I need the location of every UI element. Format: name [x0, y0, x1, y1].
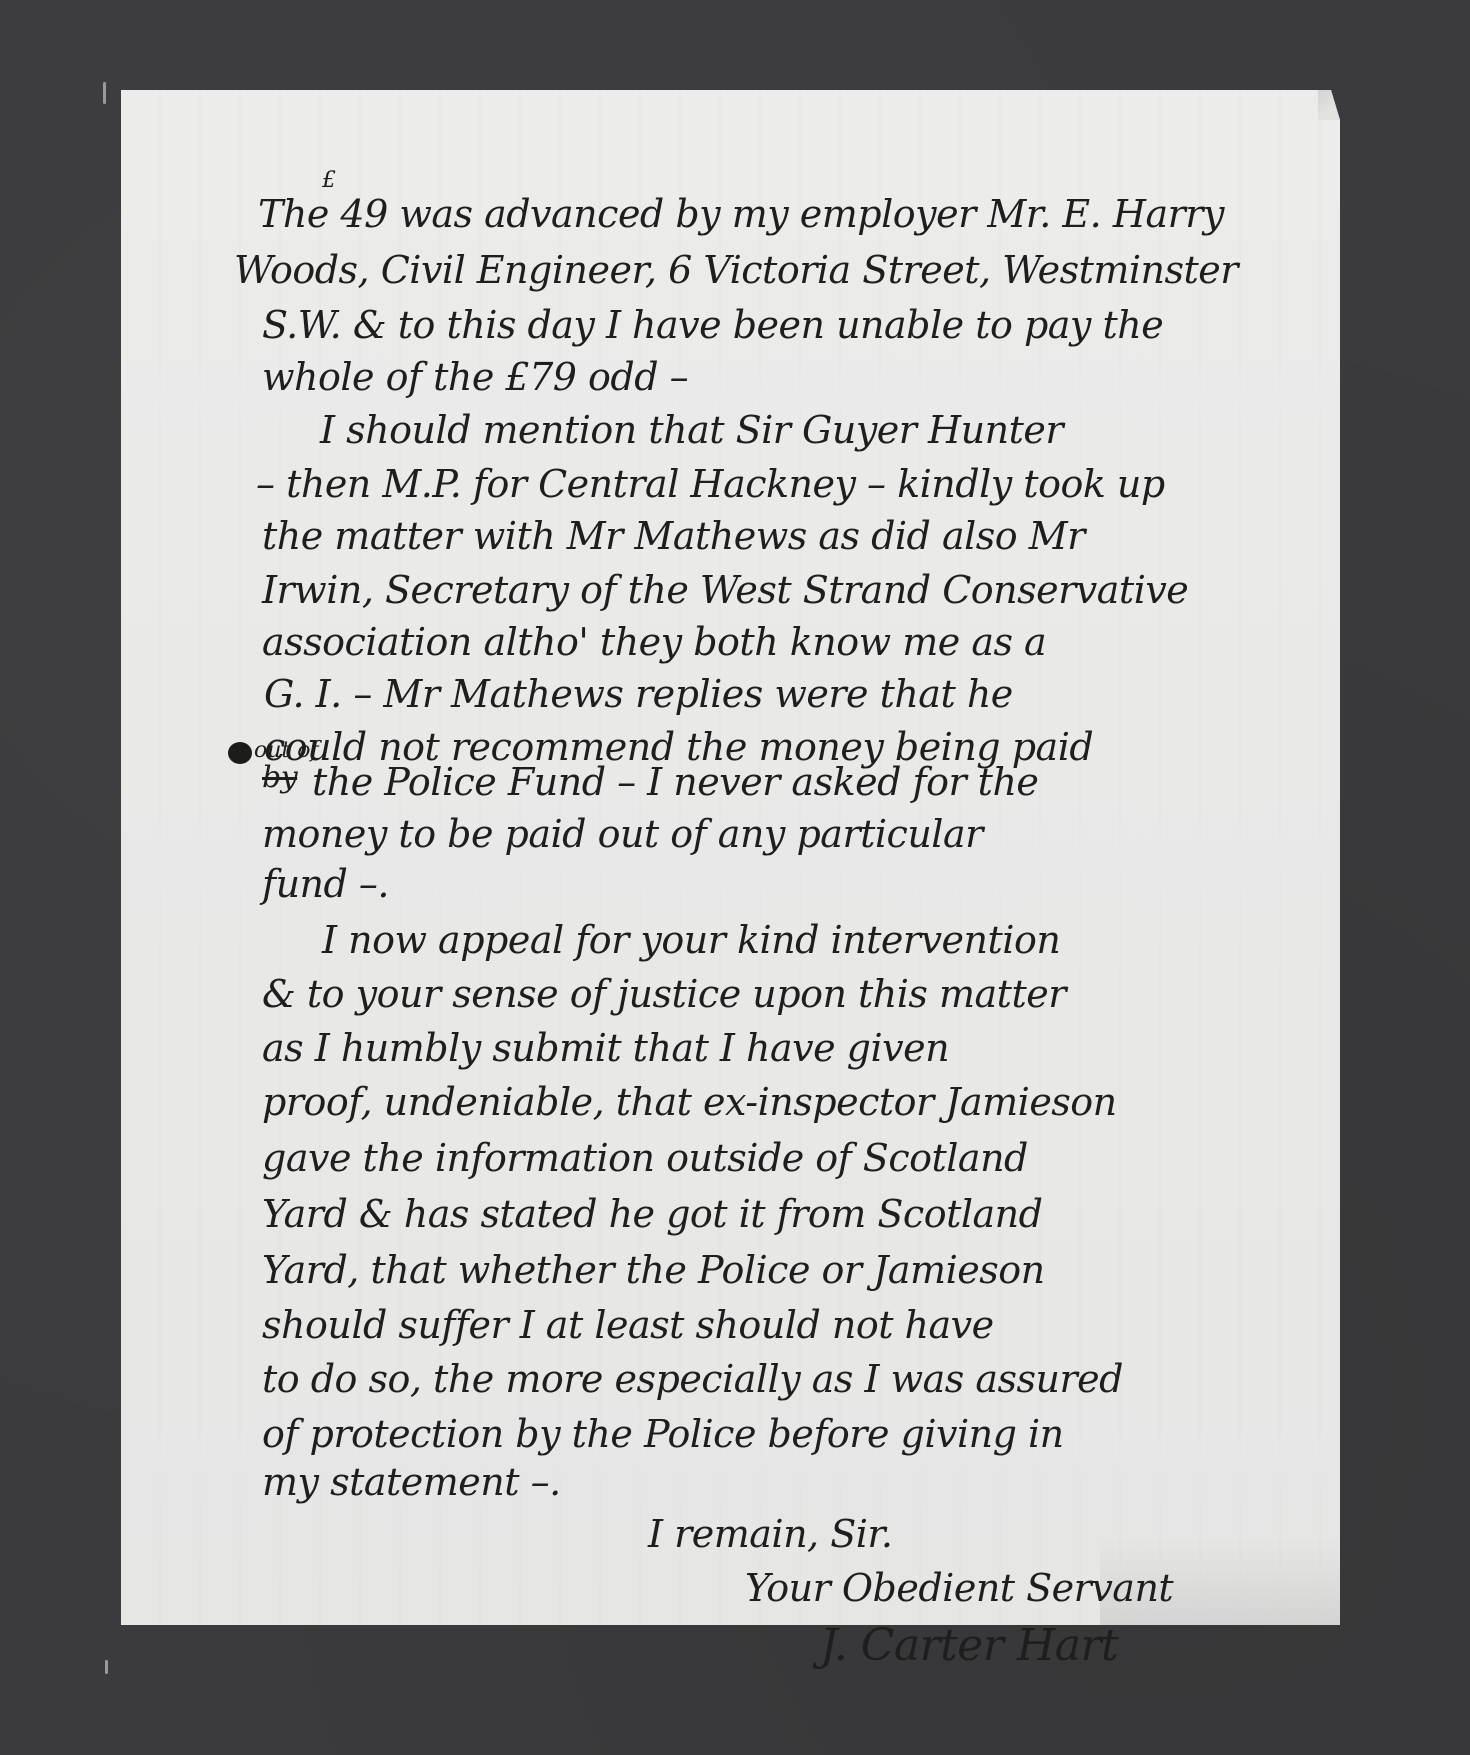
letter-line-9: association altho' they both know me as … [262, 620, 1046, 664]
letter-line-19: gave the information outside of Scotland [262, 1136, 1028, 1180]
letter-line-3: S.W. & to this day I have been unable to… [262, 303, 1163, 347]
letter-line-18: proof, undeniable, that ex-inspector Jam… [262, 1080, 1117, 1124]
signature: J. Carter Hart [820, 1620, 1118, 1671]
valediction: I remain, Sir. [648, 1512, 892, 1556]
struck-word: by [262, 760, 297, 795]
letter-line-25: my statement –. [262, 1460, 561, 1504]
letter-line-22: should suffer I at least should not have [262, 1303, 994, 1347]
letter-line-20: Yard & has stated he got it from Scotlan… [262, 1192, 1042, 1236]
letter-line-10: G. I. – Mr Mathews replies were that he [264, 672, 1013, 716]
letter-body: £ The 49 was advanced by my employer Mr.… [0, 0, 1470, 1755]
letter-line-14: fund –. [262, 862, 389, 906]
letter-line-17: as I humbly submit that I have given [262, 1026, 949, 1070]
letter-line-1: The 49 was advanced by my employer Mr. E… [258, 192, 1224, 236]
letter-line-5: I should mention that Sir Guyer Hunter [320, 408, 1063, 452]
letter-line-7: the matter with Mr Mathews as did also M… [262, 514, 1085, 558]
letter-line-2: Woods, Civil Engineer, 6 Victoria Street… [234, 248, 1238, 292]
letter-line-23: to do so, the more especially as I was a… [262, 1357, 1123, 1401]
letter-line-15: I now appeal for your kind intervention [322, 918, 1060, 962]
complimentary-close: Your Obedient Servant [745, 1566, 1173, 1610]
letter-line-21: Yard, that whether the Police or Jamieso… [262, 1248, 1045, 1292]
letter-line-24: of protection by the Police before givin… [262, 1412, 1064, 1456]
letter-line-6: – then M.P. for Central Hackney – kindly… [256, 462, 1165, 506]
letter-line-12: the Police Fund – I never asked for the [312, 760, 1038, 804]
letter-line-8: Irwin, Secretary of the West Strand Cons… [262, 568, 1188, 612]
letter-line-13: money to be paid out of any particular [262, 812, 983, 856]
superscript-pound: £ [322, 168, 336, 193]
letter-line-4: whole of the £79 odd – [262, 355, 688, 399]
letter-line-16: & to your sense of justice upon this mat… [262, 972, 1066, 1016]
